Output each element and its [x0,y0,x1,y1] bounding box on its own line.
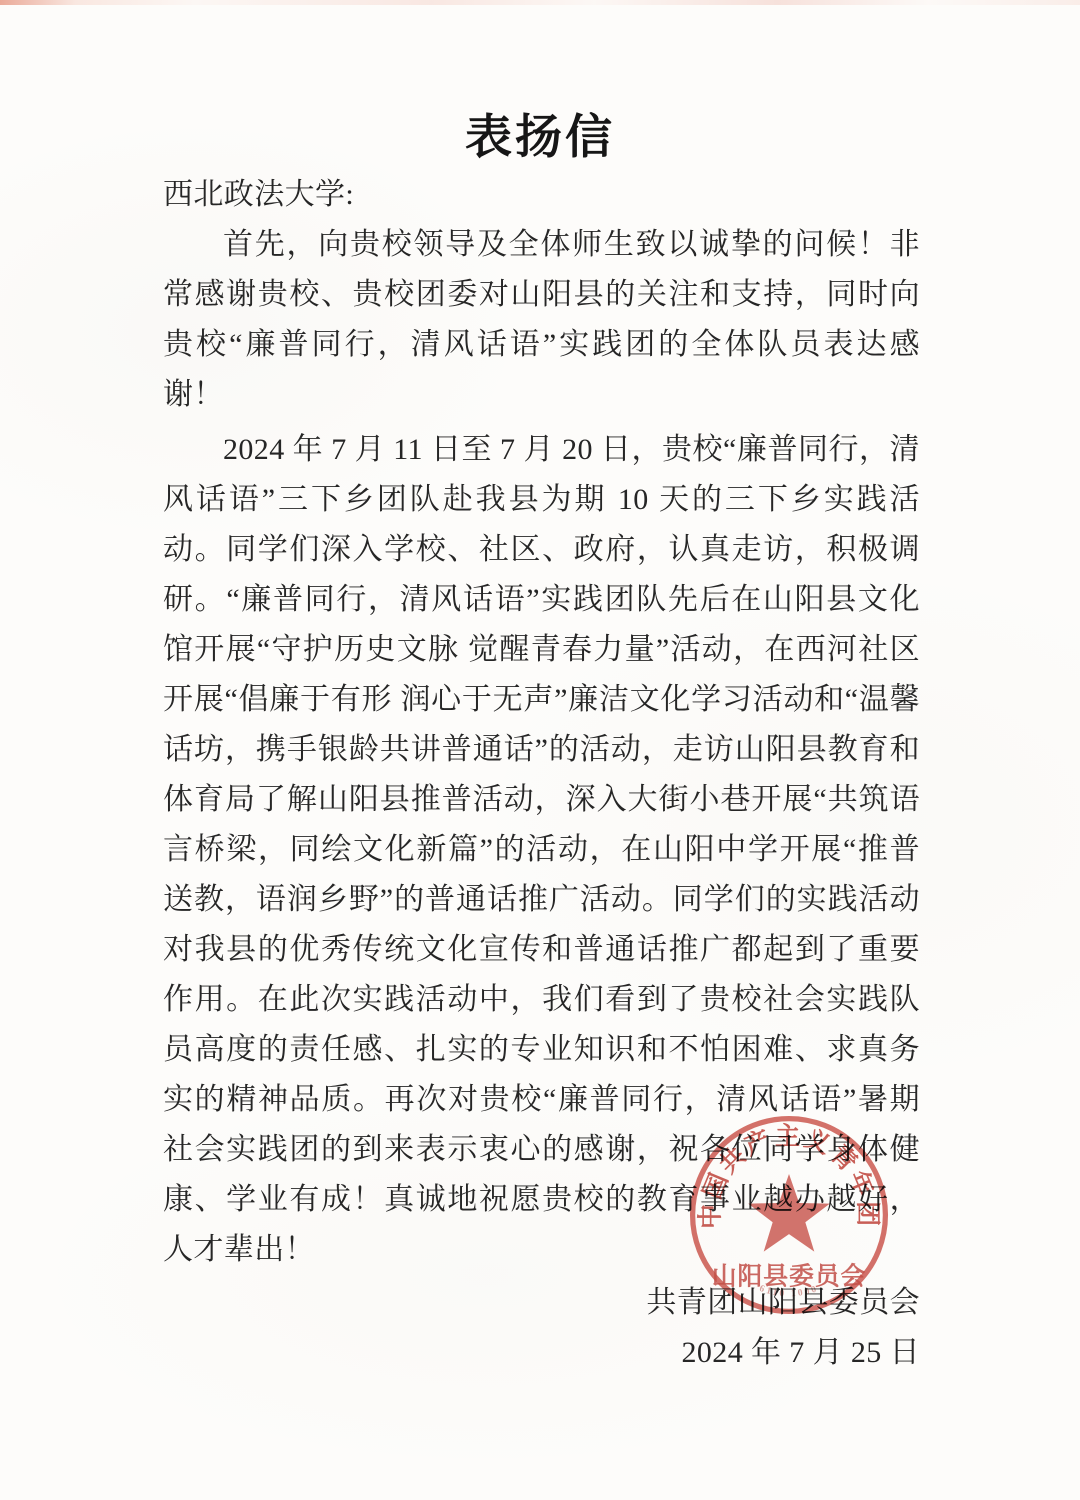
signature-organization: 共青团山阳县委员会 [163,1278,920,1328]
letter-title: 表扬信 [0,108,1080,168]
photo-edge-artifact [0,0,1080,5]
paragraph-activities: 2024 年 7 月 11 日至 7 月 20 日，贵校“廉普同行，清风话语”三… [163,425,920,1275]
paragraph-greeting: 首先，向贵校领导及全体师生致以诚挚的问候！非常感谢贵校、贵校团委对山阳县的关注和… [163,220,920,420]
letter-body: 西北政法大学: 首先，向贵校领导及全体师生致以诚挚的问候！非常感谢贵校、贵校团委… [0,170,1080,1378]
salutation: 西北政法大学: [163,170,920,220]
signature-date: 2024 年 7 月 25 日 [163,1328,920,1378]
commendation-letter-page: 表扬信 西北政法大学: 首先，向贵校领导及全体师生致以诚挚的问候！非常感谢贵校、… [0,0,1080,1500]
